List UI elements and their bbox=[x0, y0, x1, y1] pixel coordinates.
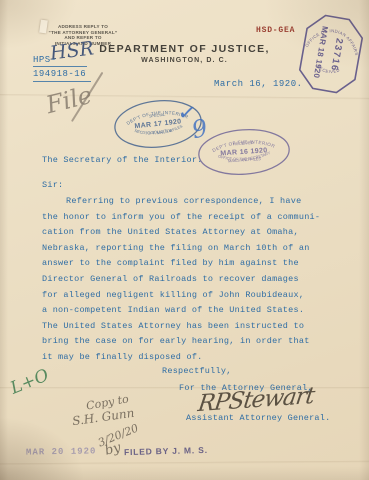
body-line: cation from the United States Attorney a… bbox=[42, 225, 342, 241]
octagon-received-stamp: OFFICE OF INDIAN AFFAIRS RECEIVED 23716 … bbox=[293, 11, 369, 97]
body-line: a non-competent Indian ward of the Unite… bbox=[42, 303, 342, 319]
filed-date-stamp: MAR 20 1920 bbox=[26, 446, 97, 457]
oval-left-line1: SPECIAL bbox=[149, 112, 167, 119]
addressee-line: The Secretary of the Interior. bbox=[42, 155, 342, 165]
body-line: The United States Attorney has been inst… bbox=[42, 319, 342, 335]
body-line: the honor to inform you of the receipt o… bbox=[42, 210, 342, 226]
body-line: it may be finally disposed of. bbox=[42, 350, 342, 366]
body-line: answer to the complaint filed by him aga… bbox=[42, 256, 342, 272]
body-paragraph: Referring to previous correspondence, I … bbox=[42, 194, 342, 366]
body-line: bring the case on for early hearing, in … bbox=[42, 334, 342, 350]
oval-right-line1: RECEIVED bbox=[233, 140, 254, 146]
pencil-note-line: by bbox=[103, 440, 122, 459]
date-line: March 16, 1920. bbox=[214, 79, 303, 89]
letter-page: ADDRESS REPLY TO “THE ATTORNEY GENERAL” … bbox=[0, 0, 369, 480]
salutation: Sir: bbox=[42, 180, 342, 190]
routing-code: HSD-GEA bbox=[256, 26, 295, 35]
underline bbox=[33, 66, 87, 67]
filed-by-stamp: FILED BY J. M. S. bbox=[124, 445, 208, 457]
body-line: Director General of Railroads to recover… bbox=[42, 272, 342, 288]
pencil-file-mark: File bbox=[43, 81, 95, 119]
signer-title: Assistant Attorney General. bbox=[186, 413, 330, 423]
body-line: Referring to previous correspondence, I … bbox=[42, 194, 342, 210]
green-ink-mark: L+O bbox=[8, 365, 52, 398]
file-number: 194918-16 bbox=[33, 69, 86, 79]
body-line: for alleged negligent killing of John Ro… bbox=[42, 288, 342, 304]
received-stamp-interior: DEP'T OF THE INTERIOR RECEIVED MAR 16 19… bbox=[194, 123, 293, 182]
octagon-number: 23716 bbox=[328, 37, 345, 72]
closing-line: Respectfully, bbox=[162, 366, 232, 376]
paper-crease bbox=[0, 461, 369, 466]
body-line: Nebraska, reporting the filing on March … bbox=[42, 241, 342, 257]
